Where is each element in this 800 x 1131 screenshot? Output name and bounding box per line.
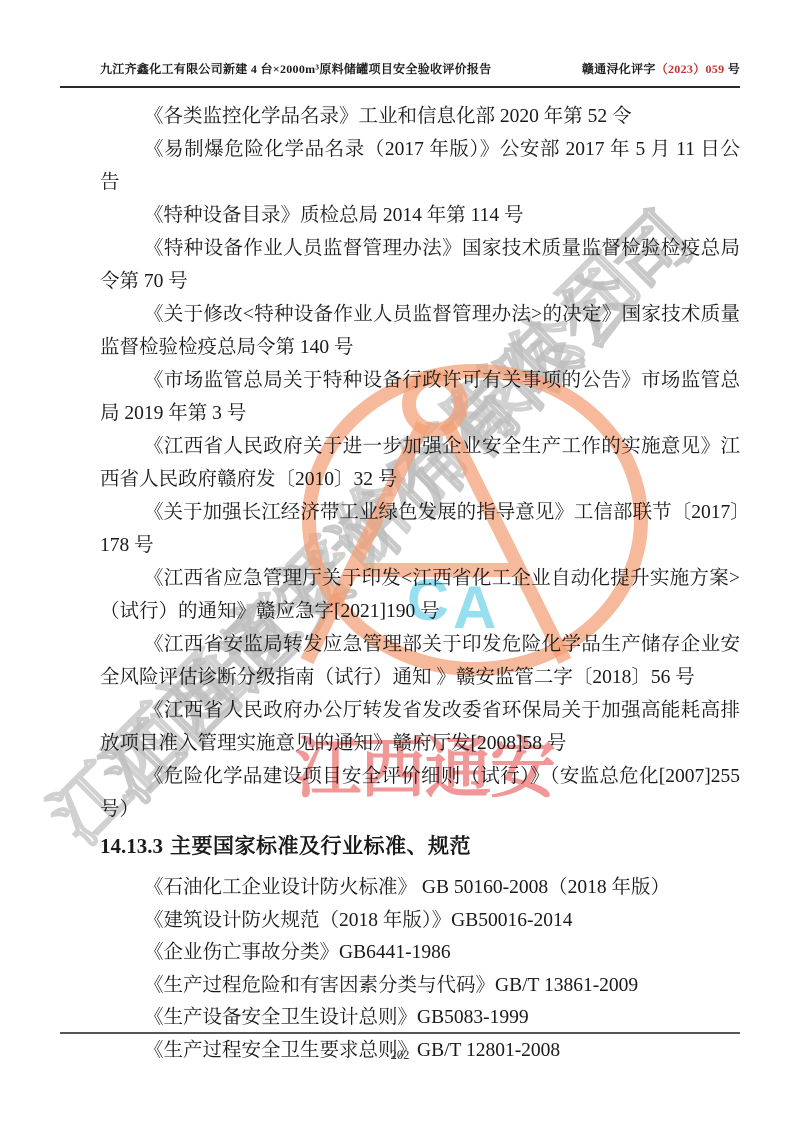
regulation-item: 《各类监控化学品名录》工业和信息化部 2020 年第 52 令 <box>100 100 740 133</box>
regulation-item: 《江西省人民政府办公厅转发省发改委省环保局关于加强高能耗高排放项目准入管理实施意… <box>100 694 740 760</box>
standard-item: 《生产过程危险和有害因素分类与代码》GB/T 13861-2009 <box>100 970 740 1003</box>
doc-number-red: （2023）059 <box>656 62 725 76</box>
document-body: 《各类监控化学品名录》工业和信息化部 2020 年第 52 令《易制爆危险化学品… <box>100 100 740 1067</box>
page-header: 九江齐鑫化工有限公司新建 4 台×2000m³原料储罐项目安全验收评价报告 赣通… <box>60 60 740 88</box>
standard-item: 《建筑设计防火规范（2018 年版）》GB50016-2014 <box>100 905 740 938</box>
regulation-item: 《特种设备作业人员监督管理办法》国家技术质量监督检验检疫总局令第 70 号 <box>100 232 740 298</box>
regulation-item: 《江西省应急管理厅关于印发<江西省化工企业自动化提升实施方案>（试行）的通知》赣… <box>100 562 740 628</box>
regulation-item: 《易制爆危险化学品名录（2017 年版）》公安部 2017 年 5 月 11 日… <box>100 133 740 199</box>
regulation-item: 《关于加强长江经济带工业绿色发展的指导意见》工信部联节〔2017〕178 号 <box>100 496 740 562</box>
doc-number-suffix: 号 <box>724 62 740 76</box>
section-title: 主要国家标准及行业标准、规范 <box>170 835 471 858</box>
doc-number: 赣通浔化评字（2023）059 号 <box>582 60 740 77</box>
doc-number-prefix: 赣通浔化评字 <box>582 62 656 76</box>
regulation-item: 《江西省人民政府关于进一步加强企业安全生产工作的实施意见》江西省人民政府赣府发〔… <box>100 430 740 496</box>
report-title: 九江齐鑫化工有限公司新建 4 台×2000m³原料储罐项目安全验收评价报告 <box>60 60 492 77</box>
footer-divider <box>60 1032 740 1034</box>
page-number: 202 <box>0 1048 800 1063</box>
regulation-item: 《关于修改<特种设备作业人员监督管理办法>的决定》国家技术质量监督检验检疫总局令… <box>100 298 740 364</box>
section-heading: 14.13.3主要国家标准及行业标准、规范 <box>100 831 740 862</box>
section-number: 14.13.3 <box>100 834 163 858</box>
document-page: 江西通安评价有限公司 江西通安评价有限公司 C A 江西通安 九江齐鑫化工有限公… <box>0 0 800 1131</box>
standard-item: 《石油化工企业设计防火标准》 GB 50160-2008（2018 年版） <box>100 872 740 905</box>
standard-item: 《企业伤亡事故分类》GB6441-1986 <box>100 937 740 970</box>
regulation-item: 《特种设备目录》质检总局 2014 年第 114 号 <box>100 199 740 232</box>
standards-list: 《石油化工企业设计防火标准》 GB 50160-2008（2018 年版）《建筑… <box>100 872 740 1067</box>
regulation-item: 《江西省安监局转发应急管理部关于印发危险化学品生产储存企业安全风险评估诊断分级指… <box>100 628 740 694</box>
regulations-list: 《各类监控化学品名录》工业和信息化部 2020 年第 52 令《易制爆危险化学品… <box>100 100 740 826</box>
regulation-item: 《危险化学品建设项目安全评价细则（试行）》（安监总危化[2007]255 号） <box>100 760 740 826</box>
standard-item: 《生产设备安全卫生设计总则》GB5083-1999 <box>100 1002 740 1035</box>
regulation-item: 《市场监管总局关于特种设备行政许可有关事项的公告》市场监管总局 2019 年第 … <box>100 364 740 430</box>
